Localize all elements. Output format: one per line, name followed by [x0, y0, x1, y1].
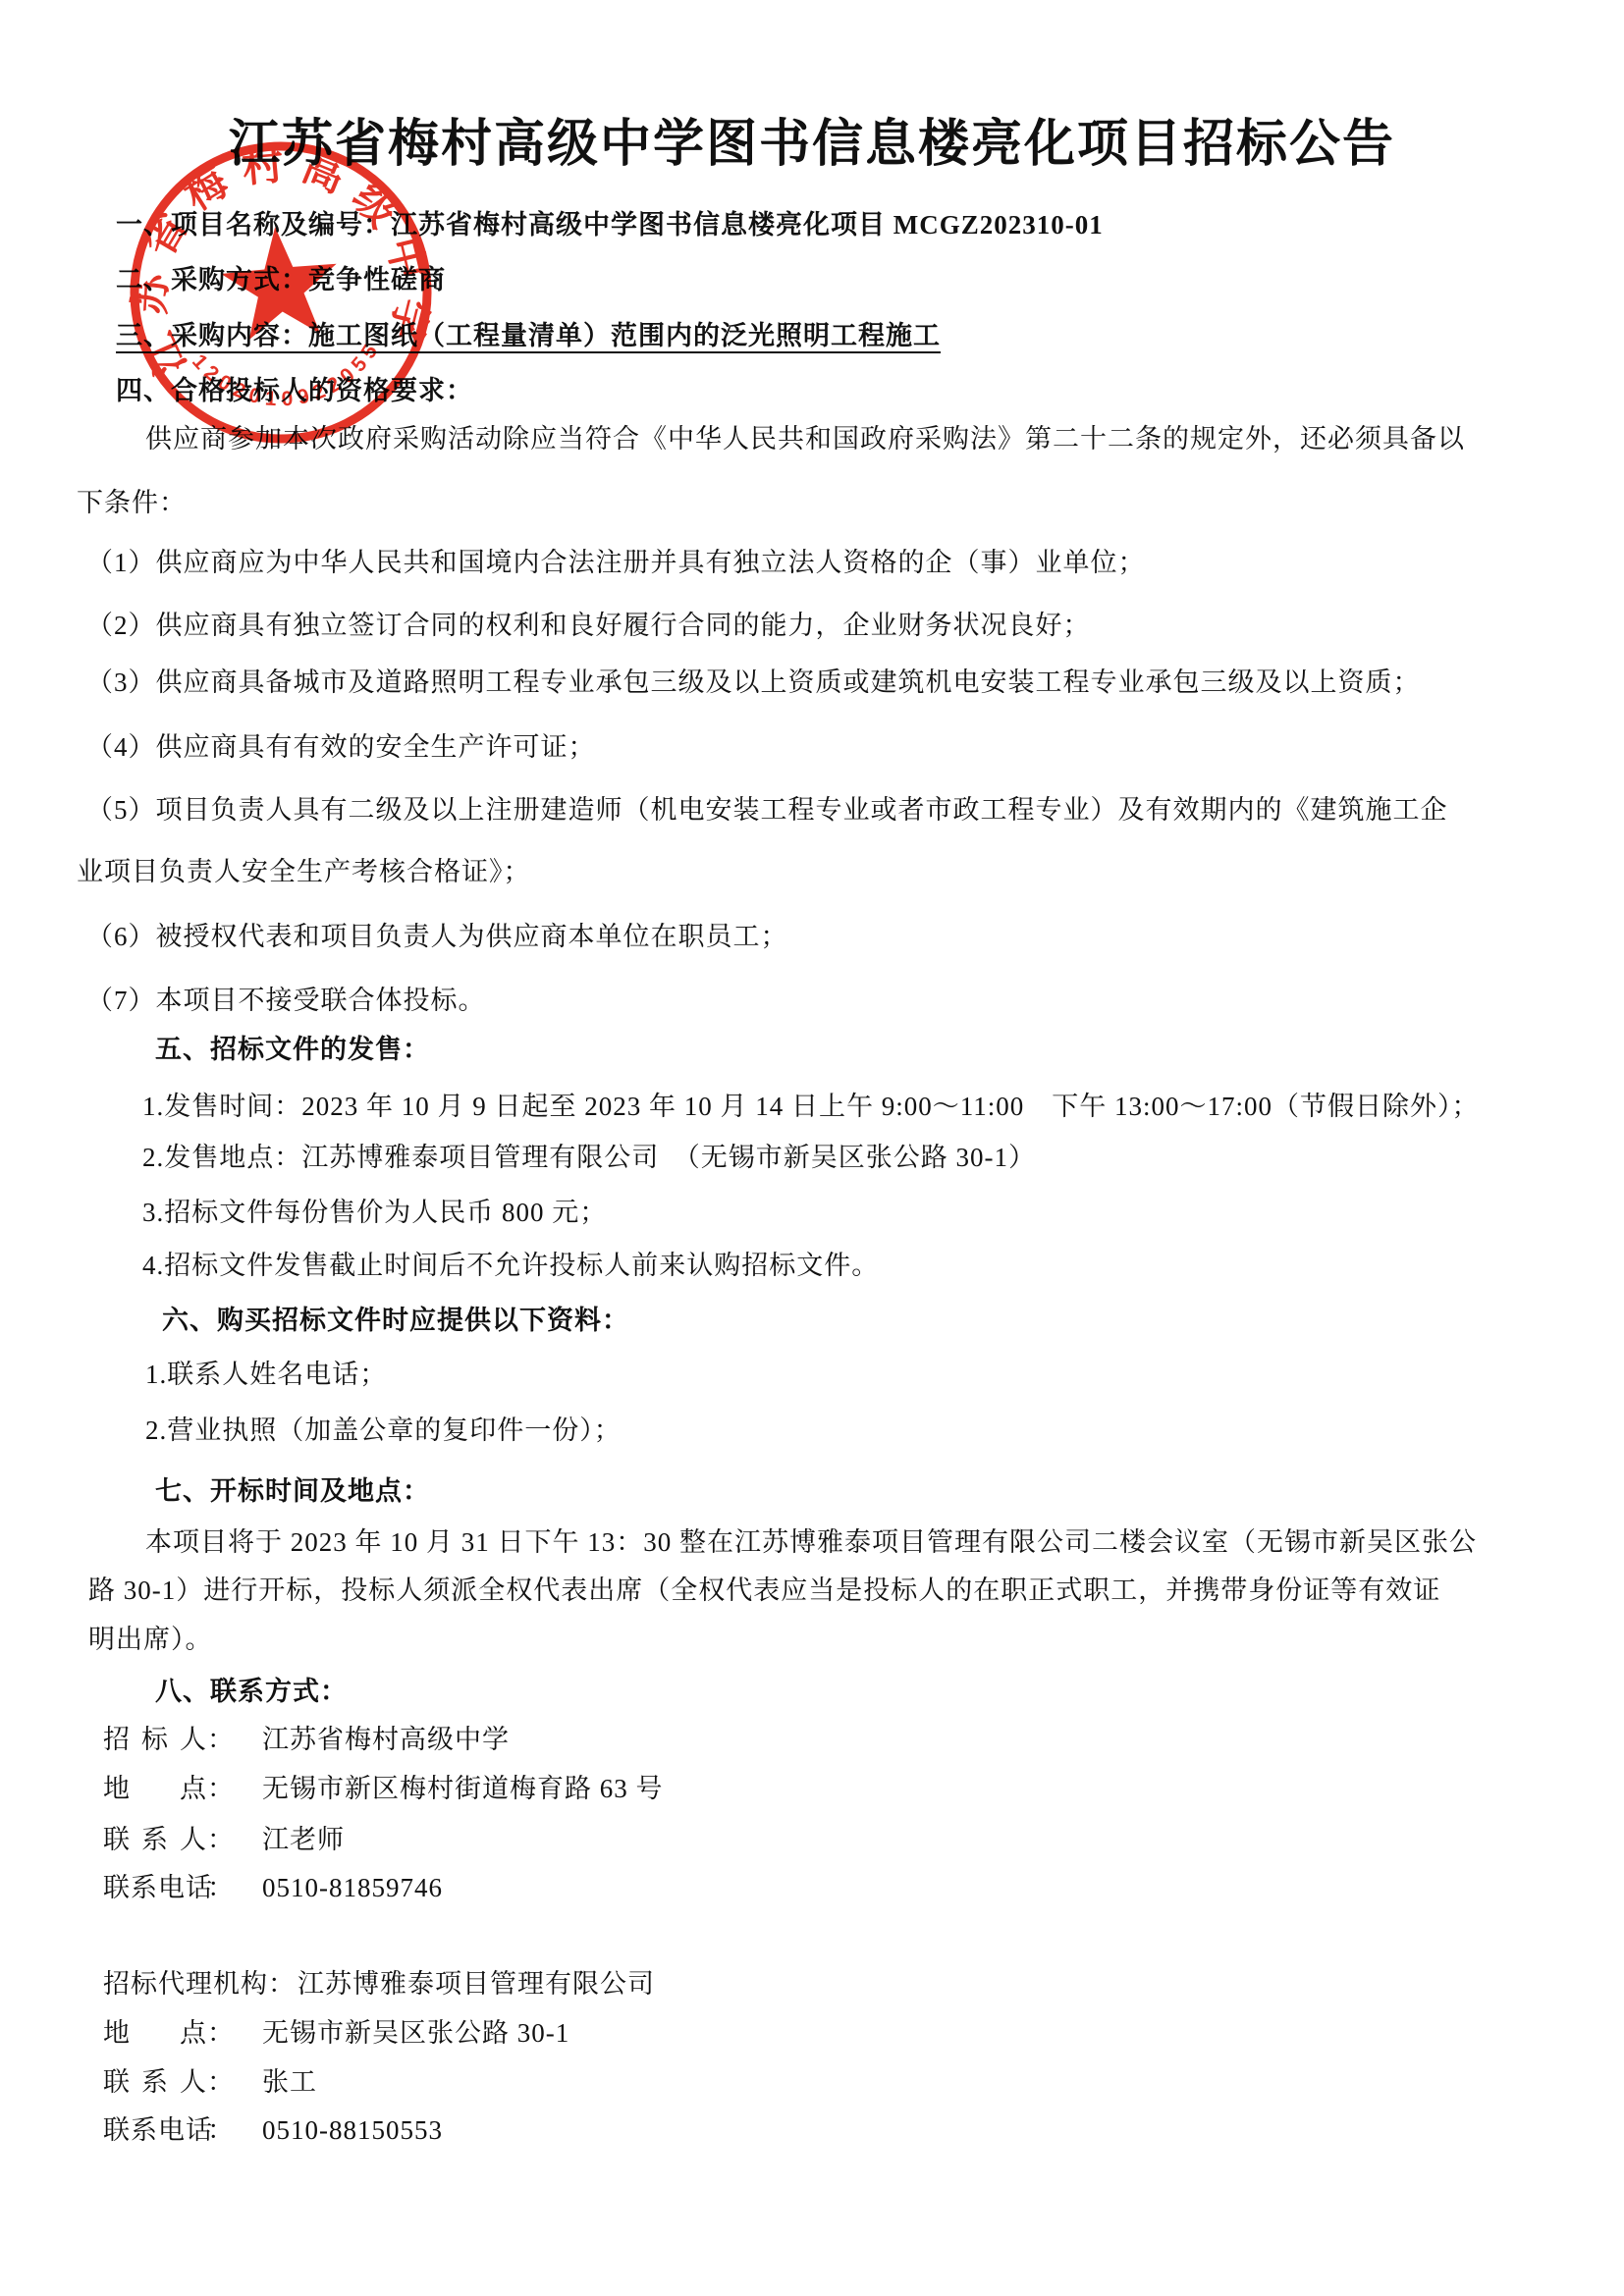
sale-deadline-item: 4.招标文件发售截止时间后不允许投标人前来认购招标文件。	[142, 1249, 879, 1282]
section-5-document-sale-heading: 五、招标文件的发售：	[155, 1033, 430, 1066]
tenderer-name-row: 招标人：江苏省梅村高级中学	[103, 1723, 510, 1756]
requirement-5-line-1: （5）项目负责人具有二级及以上注册建造师（机电安装工程专业或者市政工程专业）及有…	[86, 793, 1448, 827]
agency-phone-row: 联系电话：0510-88150553	[103, 2113, 443, 2147]
tenderer-phone-row: 联系电话：0510-81859746	[103, 1871, 443, 1904]
contact-colon: ：	[207, 2115, 235, 2145]
contact-label: 联系人	[103, 2065, 207, 2099]
contact-colon: ：	[207, 2067, 235, 2097]
qualification-intro-line-2: 下条件：	[77, 486, 187, 519]
requirement-1: （1）供应商应为中华人民共和国境内合法注册并具有独立法人资格的企（事）业单位；	[86, 546, 1146, 579]
section-2-procurement-method: 二、采购方式：竞争性磋商	[116, 263, 446, 296]
section-1-project-name: 一、项目名称及编号：江苏省梅村高级中学图书信息楼亮化项目 MCGZ202310-…	[116, 208, 1104, 241]
contact-value: 无锡市新区梅村街道梅育路 63 号	[262, 1774, 664, 1803]
contact-label: 招标人	[103, 1723, 207, 1756]
contact-value: 0510-81859746	[262, 1873, 443, 1902]
agency-address-row: 地点：无锡市新吴区张公路 30-1	[103, 2016, 569, 2050]
contact-value: 无锡市新吴区张公路 30-1	[262, 2018, 569, 2048]
contact-colon: ：	[207, 1725, 235, 1754]
contact-colon: ：	[207, 1774, 235, 1803]
requirement-2: （2）供应商具有独立签订合同的权利和良好履行合同的能力，企业财务状况良好；	[86, 609, 1091, 642]
bid-opening-line-3: 明出席）。	[88, 1623, 213, 1656]
page-title: 江苏省梅村高级中学图书信息楼亮化项目招标公告	[0, 102, 1624, 176]
contact-label: 联系电话	[103, 2113, 207, 2147]
contact-value: 0510-88150553	[262, 2115, 443, 2145]
qualification-intro-line-1: 供应商参加本次政府采购活动除应当符合《中华人民共和国政府采购法》第二十二条的规定…	[145, 422, 1465, 455]
contact-label: 联系人	[103, 1823, 207, 1856]
sale-price-item: 3.招标文件每份售价为人民币 800 元；	[142, 1196, 607, 1229]
contact-label: 招标代理机构	[103, 1967, 268, 2001]
tenderer-address-row: 地点：无锡市新区梅村街道梅育路 63 号	[103, 1772, 664, 1805]
contact-label: 地点	[103, 1772, 207, 1805]
contact-colon: ：	[268, 1969, 296, 1999]
sale-place-item: 2.发售地点：江苏博雅泰项目管理有限公司 （无锡市新吴区张公路 30-1）	[142, 1141, 1036, 1174]
bid-opening-line-1: 本项目将于 2023 年 10 月 31 日下午 13：30 整在江苏博雅泰项目…	[145, 1525, 1477, 1559]
contact-label: 联系电话	[103, 1871, 207, 1904]
requirement-7: （7）本项目不接受联合体投标。	[86, 984, 486, 1017]
material-item-1: 1.联系人姓名电话；	[145, 1358, 387, 1391]
section-7-bid-opening-heading: 七、开标时间及地点：	[155, 1474, 430, 1508]
contact-colon: ：	[207, 2018, 235, 2048]
contact-value: 江老师	[262, 1825, 345, 1854]
section-3-procurement-content: 三、采购内容：施工图纸（工程量清单）范围内的泛光照明工程施工	[116, 319, 941, 352]
contact-value: 江苏博雅泰项目管理有限公司	[298, 1969, 655, 1999]
tender-announcement-page: 江苏省梅村高级中学图书信息楼亮化项目招标公告 一、项目名称及编号：江苏省梅村高级…	[0, 0, 1624, 2296]
section-4-qualification-heading: 四、合格投标人的资格要求：	[116, 374, 473, 407]
contact-value: 张工	[262, 2067, 317, 2097]
contact-value: 江苏省梅村高级中学	[262, 1725, 510, 1754]
section-6-materials-heading: 六、购买招标文件时应提供以下资料：	[162, 1304, 629, 1337]
bid-opening-line-2: 路 30-1）进行开标，投标人须派全权代表出席（全权代表应当是投标人的在职正式职…	[88, 1574, 1440, 1607]
agency-contact-person-row: 联系人：张工	[103, 2065, 317, 2099]
material-item-2: 2.营业执照（加盖公章的复印件一份）；	[145, 1414, 622, 1447]
sale-time-item: 1.发售时间：2023 年 10 月 9 日起至 2023 年 10 月 14 …	[142, 1090, 1480, 1123]
requirement-4: （4）供应商具有有效的安全生产许可证；	[86, 730, 596, 764]
contact-colon: ：	[207, 1825, 235, 1854]
contact-label: 地点	[103, 2016, 207, 2050]
requirement-6: （6）被授权代表和项目负责人为供应商本单位在职员工；	[86, 920, 788, 953]
tenderer-contact-person-row: 联系人：江老师	[103, 1823, 345, 1856]
requirement-5-line-2: 业项目负责人安全生产考核合格证》；	[77, 855, 531, 888]
requirement-3: （3）供应商具备城市及道路照明工程专业承包三级及以上资质或建筑机电安装工程专业承…	[86, 666, 1421, 699]
agency-name-row: 招标代理机构：江苏博雅泰项目管理有限公司	[103, 1967, 655, 2001]
contact-colon: ：	[207, 1873, 235, 1902]
section-8-contact-heading: 八、联系方式：	[155, 1675, 348, 1708]
